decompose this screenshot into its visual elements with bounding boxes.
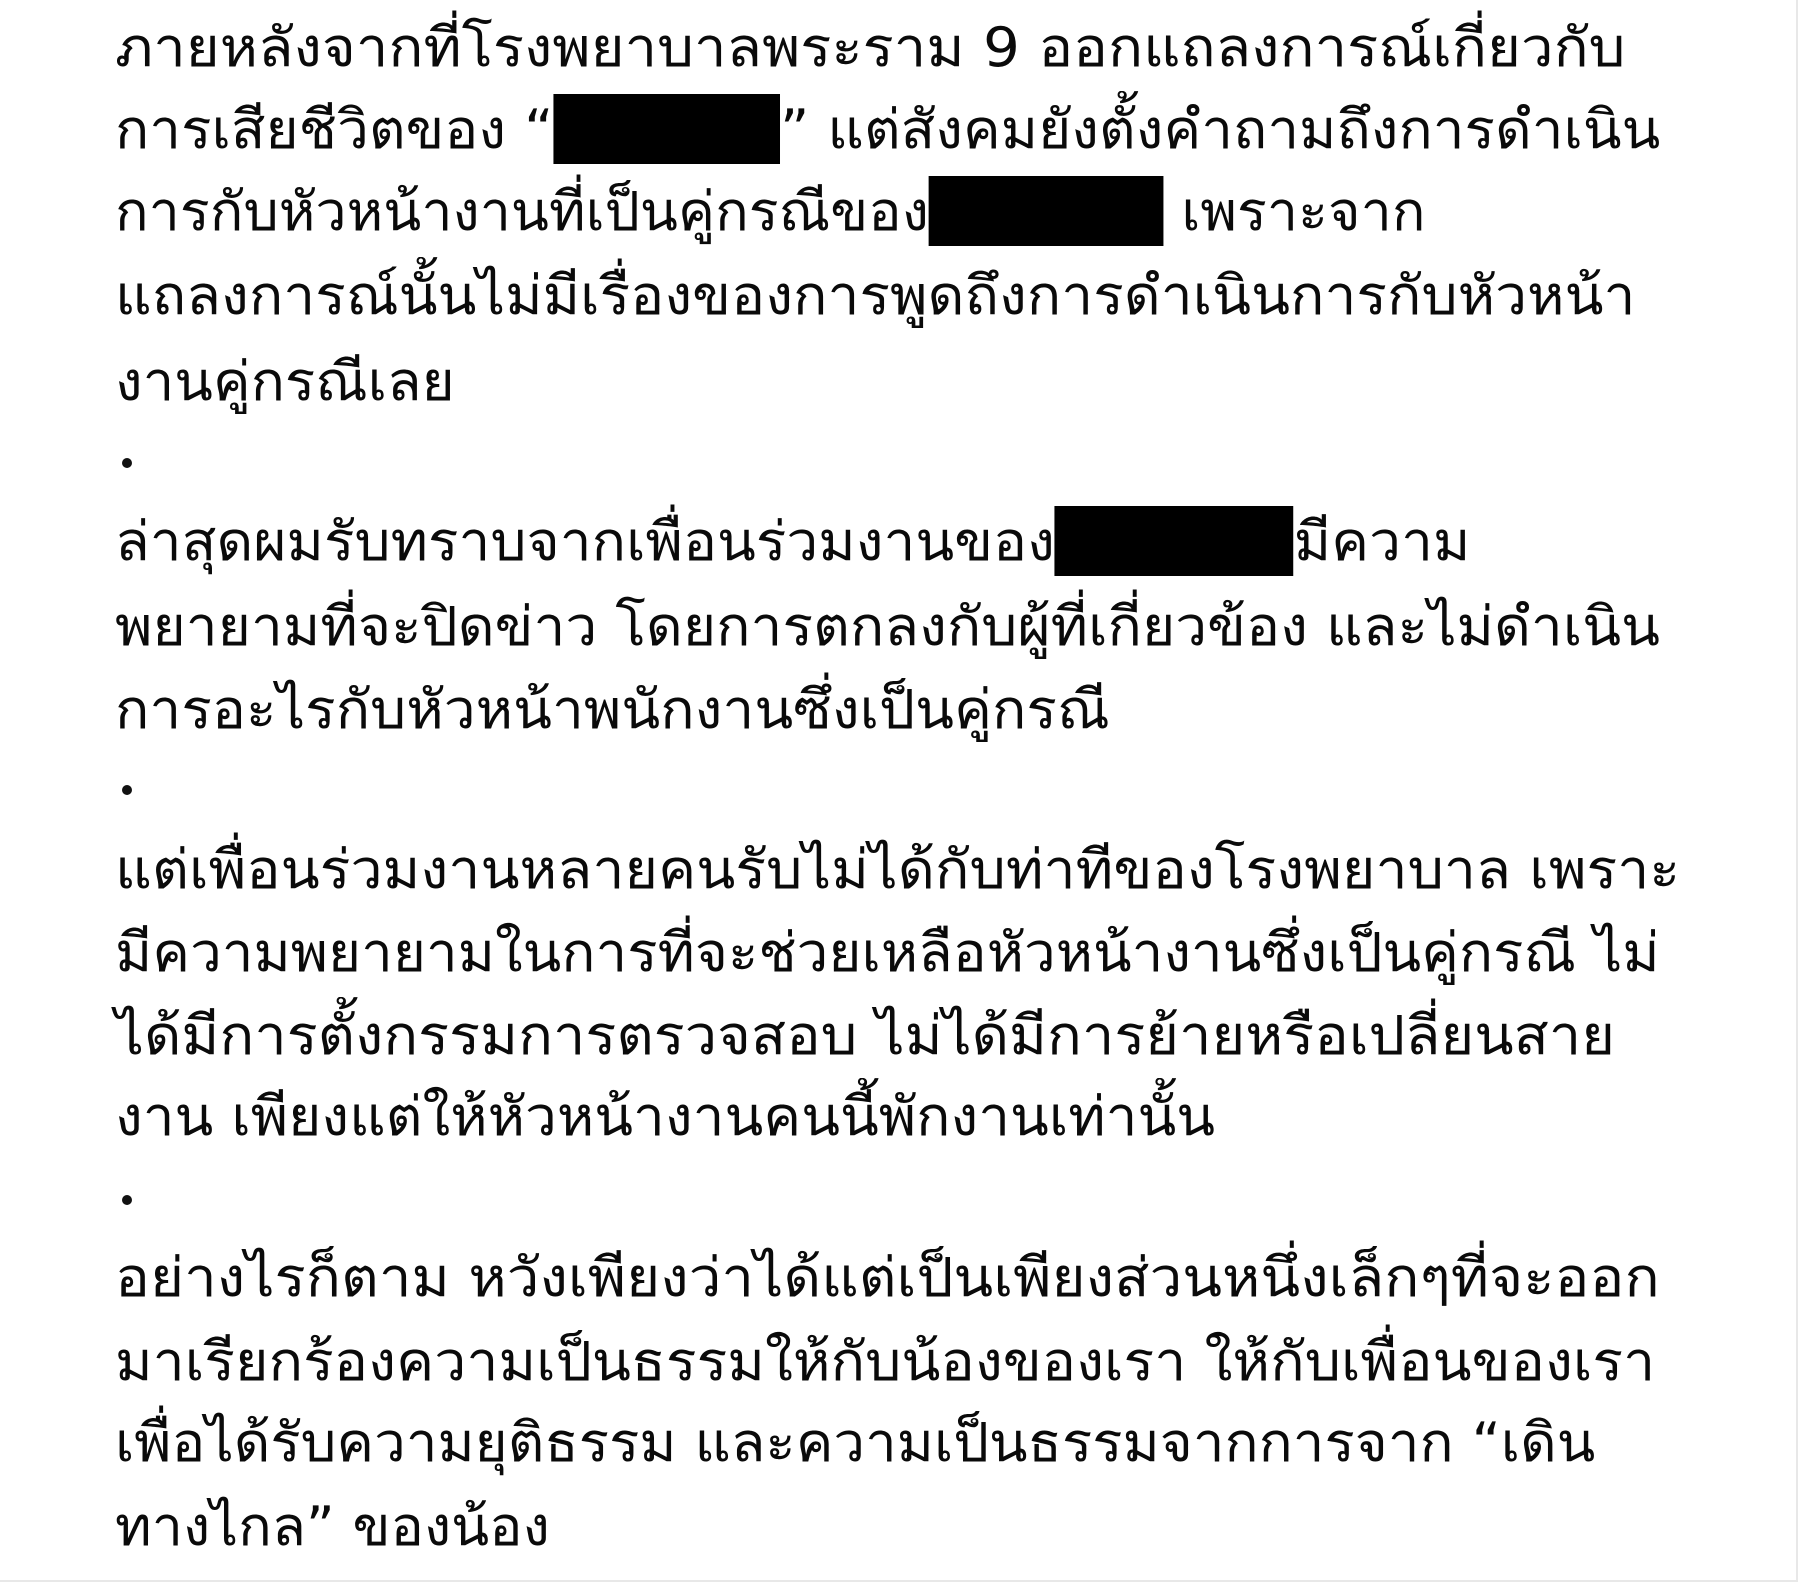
paragraph-4-line-1: อย่างไรก็ตาม หวังเพียงว่าได้แต่เป็นเพียง…: [115, 1238, 1660, 1318]
bullet-separator: [122, 1195, 132, 1205]
text-segment: ล่าสุดผมรับทราบจากเพื่อนร่วมงานของ: [115, 510, 1055, 573]
redaction-box: [929, 176, 1164, 246]
paragraph-2-line-2: พยายามที่จะปิดข่าว โดยการตกลงกับผู้ที่เก…: [115, 587, 1660, 667]
paragraph-3-line-2: มีความพยายามในการที่จะช่วยเหลือหัวหน้างา…: [115, 913, 1660, 993]
redaction-box: [1055, 506, 1294, 576]
paragraph-1-line-3: การกับหัวหน้างานที่เป็นคู่กรณีของ เพราะจ…: [115, 172, 1425, 252]
text-segment: การเสียชีวิตของ “: [115, 98, 553, 161]
text-segment: มีความ: [1294, 510, 1471, 573]
paragraph-1-line-5: งานคู่กรณีเลย: [115, 342, 455, 422]
paragraph-1-line-4: แถลงการณ์นั้นไม่มีเรื่องของการพูดถึงการด…: [115, 256, 1635, 336]
paragraph-3-line-1: แต่เพื่อนร่วมงานหลายคนรับไม่ได้กับท่าทีข…: [115, 830, 1680, 910]
text-segment: ทางไกล” ของน้อง: [115, 1495, 550, 1558]
text-segment: อย่างไรก็ตาม หวังเพียงว่าได้แต่เป็นเพียง…: [115, 1246, 1660, 1309]
text-segment: พยายามที่จะปิดข่าว โดยการตกลงกับผู้ที่เก…: [115, 595, 1660, 658]
text-segment: งานคู่กรณีเลย: [115, 350, 455, 413]
text-segment: แถลงการณ์นั้นไม่มีเรื่องของการพูดถึงการด…: [115, 264, 1635, 327]
paragraph-3-line-4: งาน เพียงแต่ให้หัวหน้างานคนนี้พักงานเท่า…: [115, 1077, 1215, 1157]
paragraph-2-line-1: ล่าสุดผมรับทราบจากเพื่อนร่วมงานของมีความ: [115, 502, 1470, 582]
bullet-separator: [122, 458, 132, 468]
text-segment: ” แต่สังคมยังตั้งคำถามถึงการดำเนิน: [780, 98, 1660, 161]
paragraph-3-line-3: ได้มีการตั้งกรรมการตรวจสอบ ไม่ได้มีการย้…: [115, 996, 1615, 1076]
bullet-separator: [122, 785, 132, 795]
text-segment: การกับหัวหน้างานที่เป็นคู่กรณีของ: [115, 180, 929, 243]
redaction-box: [553, 94, 780, 164]
text-segment: เพราะจาก: [1164, 180, 1426, 243]
paragraph-4-line-2: มาเรียกร้องความเป็นธรรมให้กับน้องของเรา …: [115, 1322, 1655, 1402]
paragraph-2-line-3: การอะไรกับหัวหน้าพนักงานซึ่งเป็นคู่กรณี: [115, 670, 1110, 750]
text-segment: เพื่อได้รับความยุติธรรม และความเป็นธรรมจ…: [115, 1411, 1595, 1474]
document-page: ภายหลังจากที่โรงพยาบาลพระราม 9 ออกแถลงกา…: [0, 0, 1798, 1582]
text-segment: ภายหลังจากที่โรงพยาบาลพระราม 9 ออกแถลงกา…: [115, 16, 1626, 79]
paragraph-1-line-1: ภายหลังจากที่โรงพยาบาลพระราม 9 ออกแถลงกา…: [115, 8, 1626, 88]
text-segment: การอะไรกับหัวหน้าพนักงานซึ่งเป็นคู่กรณี: [115, 678, 1110, 741]
paragraph-1-line-2: การเสียชีวิตของ “” แต่สังคมยังตั้งคำถามถ…: [115, 90, 1660, 170]
paragraph-4-line-4: ทางไกล” ของน้อง: [115, 1487, 550, 1567]
text-segment: ได้มีการตั้งกรรมการตรวจสอบ ไม่ได้มีการย้…: [115, 1004, 1615, 1067]
paragraph-4-line-3: เพื่อได้รับความยุติธรรม และความเป็นธรรมจ…: [115, 1403, 1595, 1483]
text-segment: มีความพยายามในการที่จะช่วยเหลือหัวหน้างา…: [115, 921, 1660, 984]
text-segment: งาน เพียงแต่ให้หัวหน้างานคนนี้พักงานเท่า…: [115, 1085, 1215, 1148]
text-segment: แต่เพื่อนร่วมงานหลายคนรับไม่ได้กับท่าทีข…: [115, 838, 1680, 901]
text-segment: มาเรียกร้องความเป็นธรรมให้กับน้องของเรา …: [115, 1330, 1655, 1393]
